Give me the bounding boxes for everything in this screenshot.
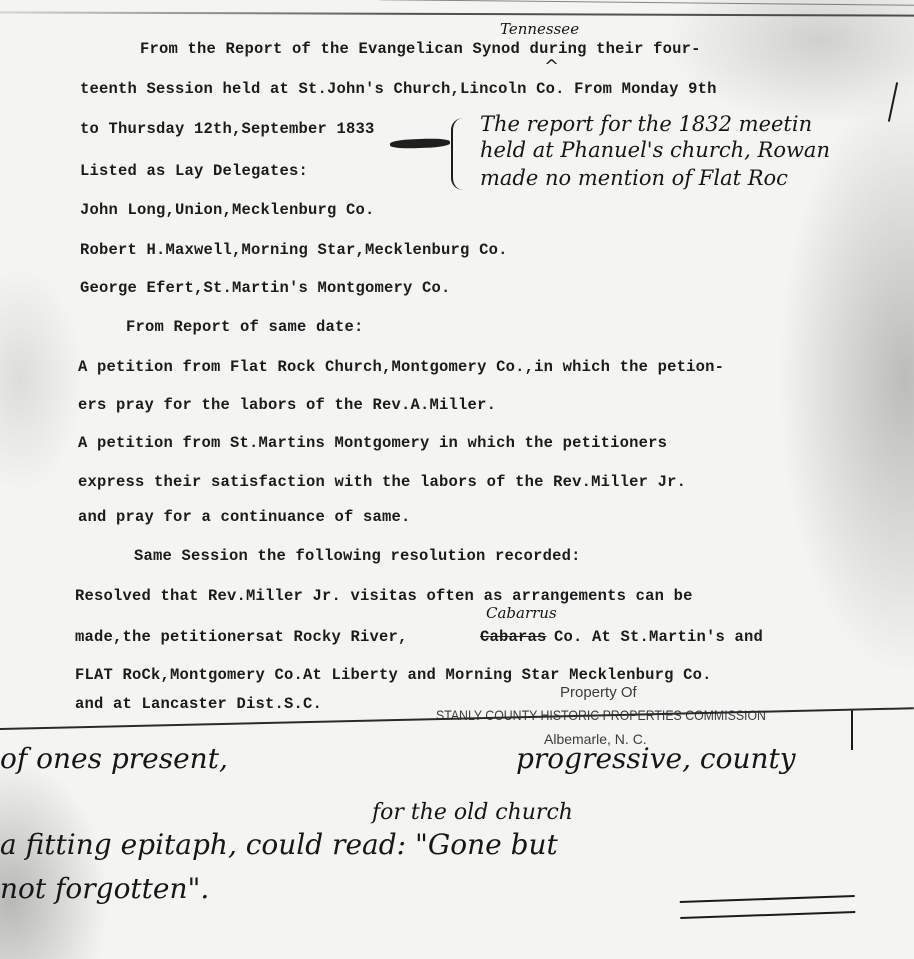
margin-note-line: held at Phanuel's church, Rowan: [480, 138, 830, 162]
typed-line: Co. At St.Martin's and: [554, 628, 763, 646]
ink-scribble: [390, 138, 450, 149]
typed-line: Same Session the following resolution re…: [134, 547, 581, 565]
page-edge-line: [0, 11, 914, 16]
typed-line: From Report of same date:: [126, 318, 364, 336]
crossed-out-signature: [680, 895, 856, 919]
pen-mark: [888, 82, 898, 122]
typed-line: A petition from St.Martins Montgomery in…: [78, 434, 667, 452]
typed-line: John Long,Union,Mecklenburg Co.: [80, 201, 375, 219]
typed-line: teenth Session held at St.John's Church,…: [80, 80, 717, 98]
typed-line: made,the petitionersat Rocky River,: [75, 628, 408, 646]
lower-note-line: not forgotten".: [0, 872, 209, 905]
typed-line: to Thursday 12th,September 1833: [80, 120, 375, 138]
typed-line: Robert H.Maxwell,Morning Star,Mecklenbur…: [80, 241, 508, 259]
typed-line: and pray for a continuance of same.: [78, 508, 411, 526]
margin-note-line: The report for the 1832 meetin: [480, 112, 812, 136]
insertion-caret: ^: [544, 56, 559, 77]
typed-line: ers pray for the labors of the Rev.A.Mil…: [78, 396, 496, 414]
typed-line: express their satisfaction with the labo…: [78, 473, 686, 491]
handwritten-insert-tennessee: Tennessee: [500, 20, 579, 38]
lower-note-line: for the old church: [372, 800, 573, 825]
margin-note-line: made no mention of Flat Roc: [480, 166, 788, 190]
typed-line: A petition from Flat Rock Church,Montgom…: [78, 358, 724, 376]
typed-line: Resolved that Rev.Miller Jr. visitas oft…: [75, 587, 693, 605]
typed-line: and at Lancaster Dist.S.C.: [75, 695, 322, 713]
margin-brace: [451, 118, 471, 190]
scanned-document-page: Tennessee ^ From the Report of the Evang…: [0, 0, 914, 959]
lower-note-line: of ones present,: [0, 742, 228, 775]
page-edge-line: [380, 0, 914, 6]
typed-line: Listed as Lay Delegates:: [80, 162, 308, 180]
lower-note-line: a fitting epitaph, could read: "Gone but: [0, 828, 558, 861]
typed-line: From the Report of the Evangelican Synod…: [140, 40, 701, 58]
struck-word: Cabaras: [480, 628, 547, 646]
lower-note-line: progressive, county: [516, 742, 796, 775]
typed-line: George Efert,St.Martin's Montgomery Co.: [80, 279, 451, 297]
pen-mark: [851, 710, 853, 750]
stamp-line-property-of: Property Of: [560, 684, 637, 701]
handwritten-insert-cabarrus: Cabarrus: [486, 604, 557, 622]
typed-line: FLAT RoCk,Montgomery Co.At Liberty and M…: [75, 666, 712, 684]
